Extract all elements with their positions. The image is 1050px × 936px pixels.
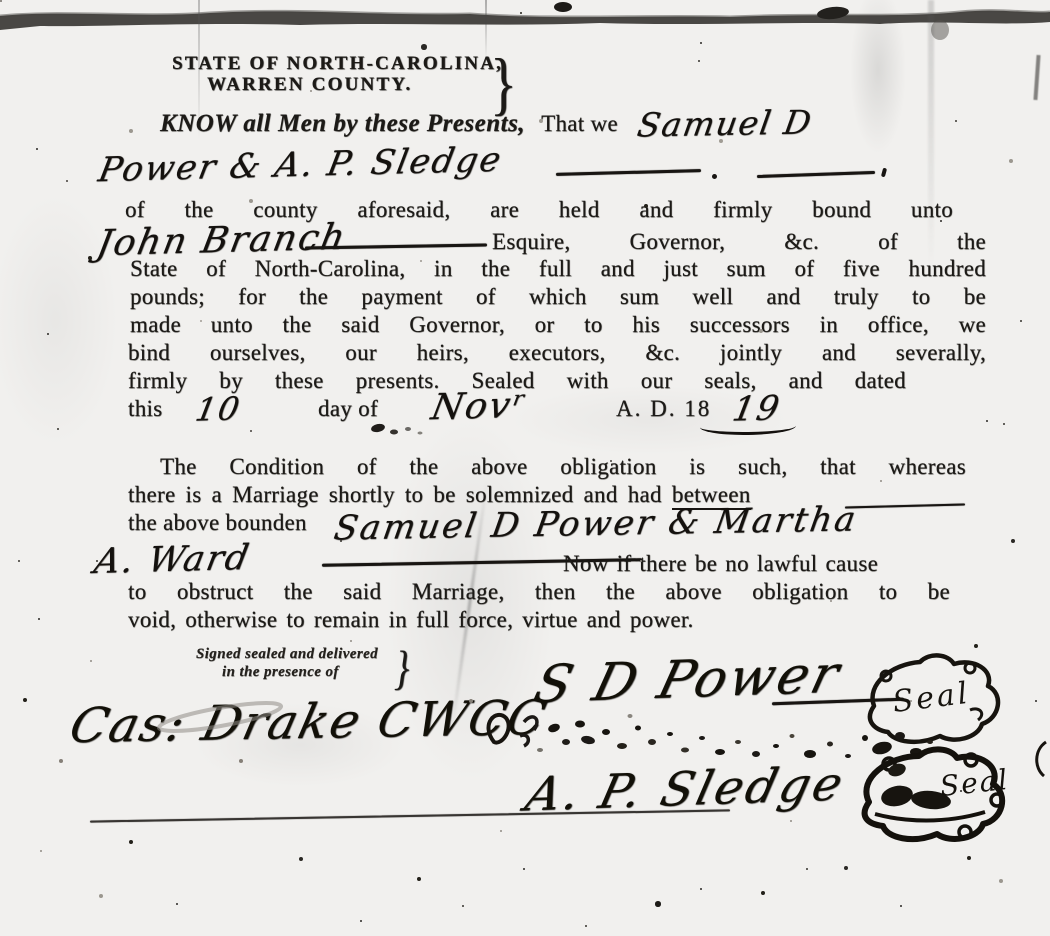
condition-line-4: Now if there be no lawful cause <box>563 550 878 577</box>
marriage-bond-document: STATE OF NORTH-CAROLINA, WARREN COUNTY. … <box>0 0 1050 936</box>
flourish-dot <box>881 168 887 178</box>
opening-phrase: KNOW all Men by these Presents, <box>160 110 525 137</box>
condition-line-2-text: there is a Marriage shortly to be solemn… <box>128 482 662 507</box>
condition-line-3-printed: the above bounden <box>128 510 307 535</box>
principal-names-handwritten-2: Power & A. P. Sledge <box>95 140 506 190</box>
attestation-brace: } <box>394 641 409 696</box>
header-county-line: WARREN COUNTY. <box>207 71 412 98</box>
bond-opening-line: KNOW all Men by these Presents, That we … <box>160 110 812 137</box>
ink-smudge-small <box>368 420 438 438</box>
attestation-line-1: Signed sealed and delivered <box>196 646 378 663</box>
flourish-line <box>556 169 701 176</box>
condition-line-6: void, otherwise to remain in full force,… <box>128 606 694 633</box>
seal-oval-2: Seal <box>845 740 1017 848</box>
between-underline-extension <box>845 503 965 508</box>
bond-line-bind: bind ourselves, our heirs, executors, &c… <box>128 339 986 366</box>
edge-mark <box>1030 738 1050 778</box>
couple-names-handwritten-2: A. Ward <box>91 538 254 582</box>
dust-specks-gray <box>0 0 2 2</box>
date-month-handwritten: Novʳ <box>428 385 530 428</box>
gray-smudge <box>150 700 290 734</box>
fold-line <box>1033 55 1040 100</box>
condition-line-5: to obstruct the said Marriage, then the … <box>128 578 950 605</box>
condition-line-3: the above bounden Samuel D Power & Marth… <box>128 509 856 538</box>
opening-that-we: That we <box>541 111 618 136</box>
date-ad-printed: A. D. 18 <box>616 395 711 422</box>
flourish-line <box>757 171 875 178</box>
couple-names-handwritten-1: Samuel D Power & Martha <box>332 506 859 542</box>
flourish-dot <box>712 174 717 179</box>
date-day-handwritten: 10 <box>192 389 244 428</box>
attestation-line-2: in the presence of <box>222 664 339 681</box>
date-this: this <box>128 395 162 422</box>
paper-top-edge <box>0 0 1050 40</box>
bond-line-state: State of North-Carolina, in the full and… <box>130 255 986 282</box>
year-flourish <box>700 418 796 435</box>
principal-names-handwritten-1: Samuel D <box>636 108 815 138</box>
bond-line-made: made unto the said Governor, or to his s… <box>130 311 986 338</box>
bond-line-pounds: pounds; for the payment of which sum wel… <box>130 283 986 310</box>
condition-line-1: The Condition of the above obligation is… <box>160 453 966 480</box>
bond-line-esquire: Esquire, Governor, &c. of the <box>492 228 986 255</box>
date-day-of: day of <box>318 395 378 422</box>
